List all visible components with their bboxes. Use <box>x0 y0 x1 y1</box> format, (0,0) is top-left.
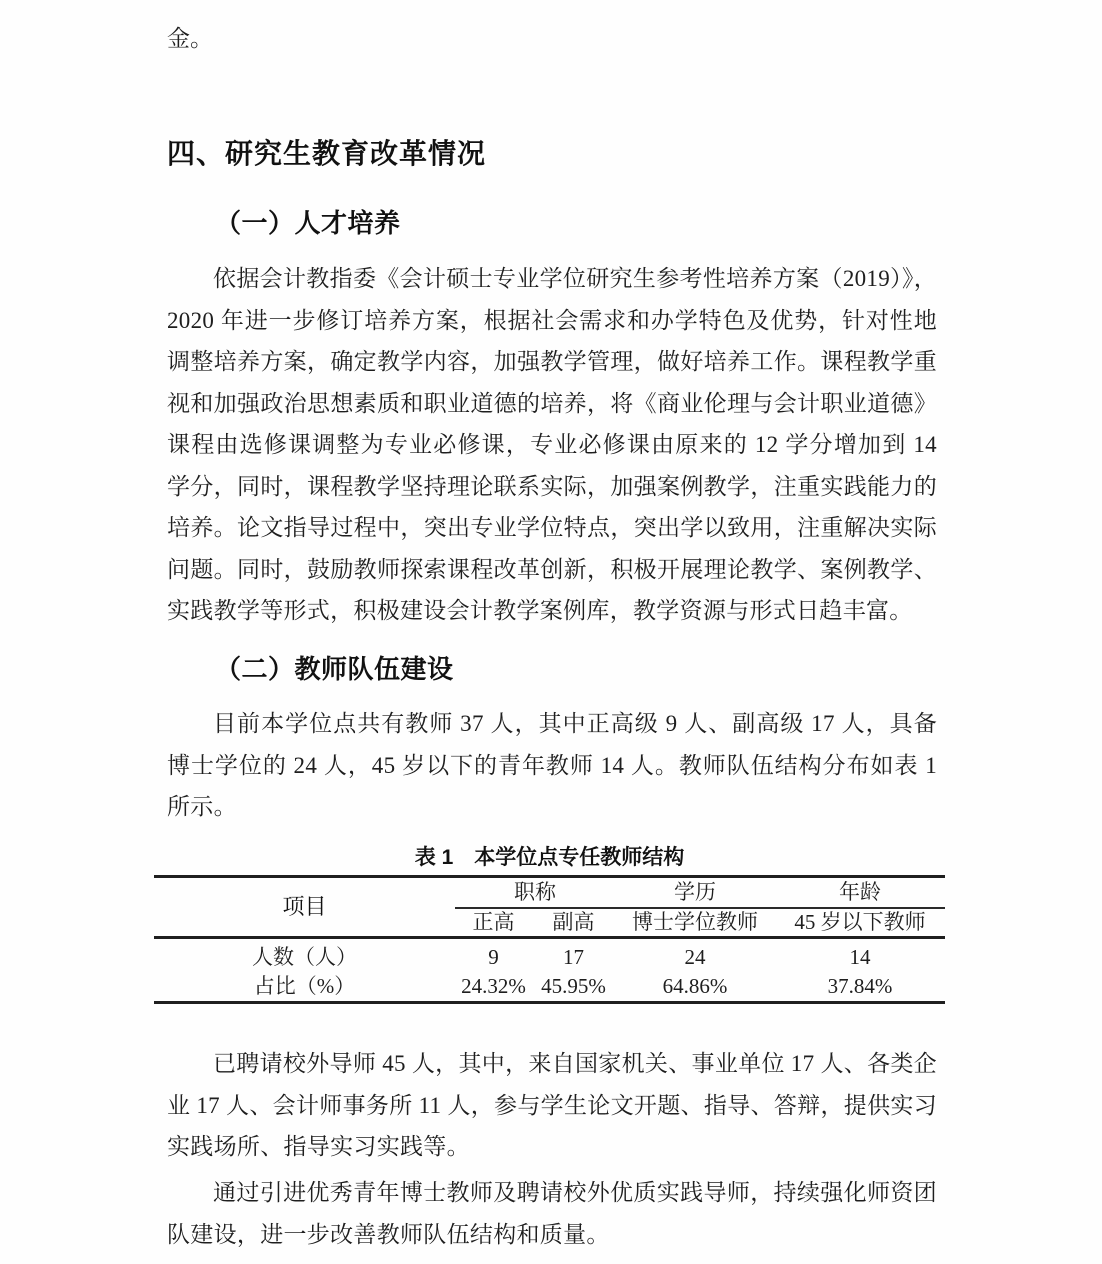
paragraph-external-mentors: 已聘请校外导师 45 人，其中，来自国家机关、事业单位 17 人、各类企业 17… <box>167 1043 937 1168</box>
pct-doctoral: 64.86% <box>615 972 775 1003</box>
teacher-structure-table: 项目 职称 学历 年龄 正高 副高 博士学位教师 45 岁以下教师 人数（人） … <box>154 875 945 1004</box>
table-subheader-senior: 正高 <box>455 908 532 938</box>
table-row-percentages: 占比（%） 24.32% 45.95% 64.86% 37.84% <box>154 972 945 1003</box>
pct-under45: 37.84% <box>775 972 945 1003</box>
table-subheader-under45: 45 岁以下教师 <box>775 908 945 938</box>
pct-senior: 24.32% <box>455 972 532 1003</box>
count-under45: 14 <box>775 938 945 973</box>
table-group-header-row: 项目 职称 学历 年龄 <box>154 877 945 909</box>
table-subheader-associate: 副高 <box>532 908 615 938</box>
pct-associate: 45.95% <box>532 972 615 1003</box>
table-group-education: 学历 <box>615 877 775 909</box>
count-senior: 9 <box>455 938 532 973</box>
row-label-count: 人数（人） <box>154 938 455 973</box>
carryover-text: 金。 <box>167 22 213 56</box>
table-group-age: 年龄 <box>775 877 945 909</box>
document-page: 金。 四、研究生教育改革情况 （一）人才培养 依据会计教指委《会计硕士专业学位研… <box>0 0 1102 1264</box>
table-row-counts: 人数（人） 9 17 24 14 <box>154 938 945 973</box>
table-title: 表 1 本学位点专任教师结构 <box>154 845 945 870</box>
section-heading: 四、研究生教育改革情况 <box>167 136 486 172</box>
paragraph-team-improvement: 通过引进优秀青年博士教师及聘请校外优质实践导师，持续强化师资团队建设，进一步改善… <box>167 1172 937 1255</box>
row-label-percentage: 占比（%） <box>154 972 455 1003</box>
table-group-title: 职称 <box>455 877 615 909</box>
table-header-item: 项目 <box>154 877 455 938</box>
table-subheader-doctoral: 博士学位教师 <box>615 908 775 938</box>
paragraph-talent-training: 依据会计教指委《会计硕士专业学位研究生参考性培养方案（2019）》，2020 年… <box>167 258 937 632</box>
subsection-2-heading: （二）教师队伍建设 <box>215 652 454 686</box>
count-doctoral: 24 <box>615 938 775 973</box>
count-associate: 17 <box>532 938 615 973</box>
paragraph-teacher-overview: 目前本学位点共有教师 37 人，其中正高级 9 人、副高级 17 人，具备博士学… <box>167 703 937 828</box>
subsection-1-heading: （一）人才培养 <box>215 206 401 240</box>
